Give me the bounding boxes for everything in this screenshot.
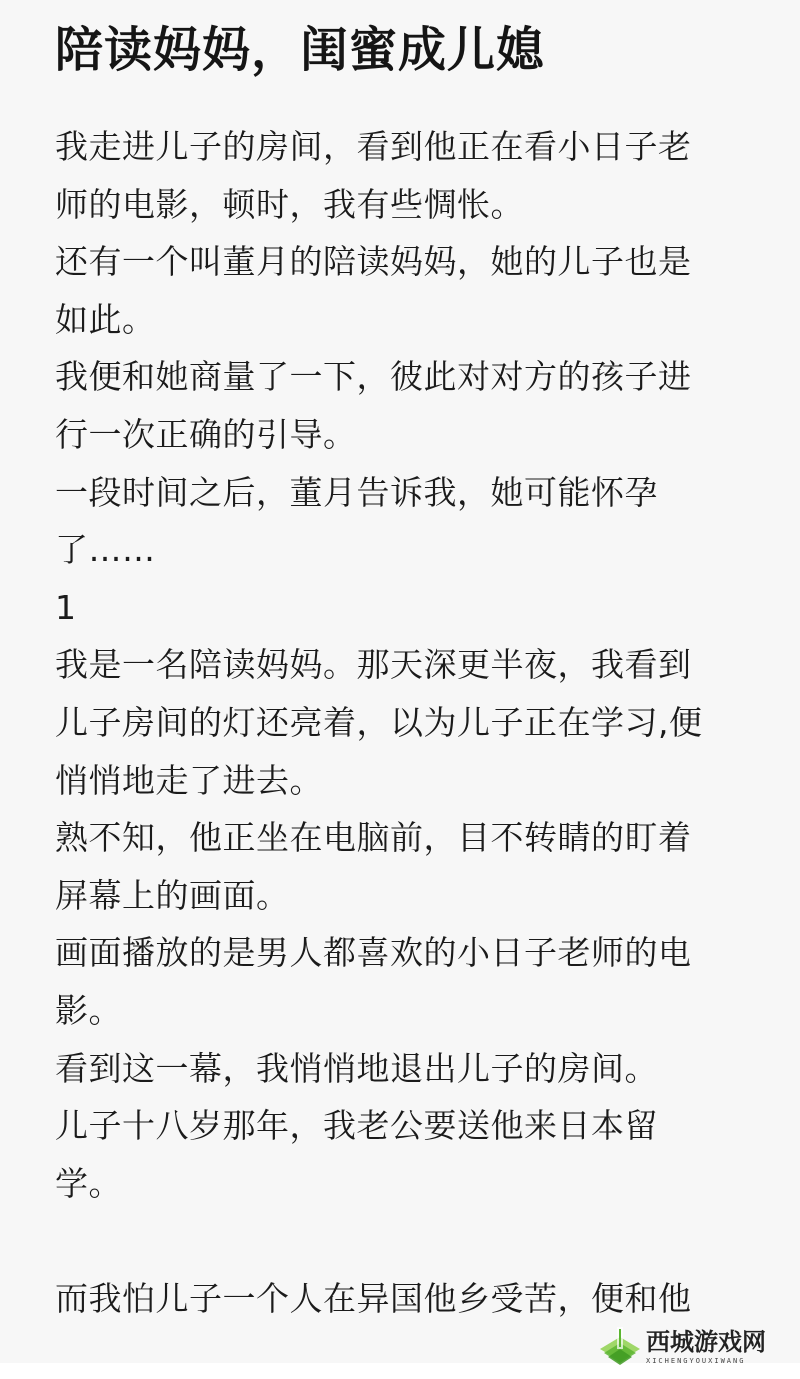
blank-line [55,1212,795,1270]
body-line: 儿子房间的灯还亮着，以为儿子正在学习,便 [55,694,795,752]
body-line: 悄悄地走了进去。 [55,752,795,810]
article-title: 陪读妈妈，闺蜜成儿媳 [55,18,545,82]
body-line: 还有一个叫董月的陪读妈妈，她的儿子也是 [55,233,795,291]
body-line: 一段时间之后，董月告诉我，她可能怀孕 [55,464,795,522]
body-line: 如此。 [55,291,795,349]
body-line: 屏幕上的画面。 [55,867,795,925]
body-line: 我便和她商量了一下，彼此对对方的孩子进 [55,348,795,406]
green-cube-logo-icon [596,1323,644,1371]
body-line: 我走进儿子的房间，看到他正在看小日子老 [55,118,795,176]
body-line: 影。 [55,982,795,1040]
body-line: 熟不知，他正坐在电脑前，目不转睛的盯着 [55,809,795,867]
body-line: 了…… [55,521,795,579]
body-line: 师的电影，顿时，我有些惆怅。 [55,176,795,234]
section-number: 1 [55,579,795,637]
watermark-name-cn: 西城游戏网 [646,1328,766,1356]
watermark-text: 西城游戏网 XICHENGYOUXIWANG [646,1328,766,1366]
body-line: 看到这一幕，我悄悄地退出儿子的房间。 [55,1040,795,1098]
watermark-name-en: XICHENGYOUXIWANG [646,1356,766,1366]
body-line: 学。 [55,1155,795,1213]
body-line: 我是一名陪读妈妈。那天深更半夜，我看到 [55,636,795,694]
body-line: 行一次正确的引导。 [55,406,795,464]
body-line: 画面播放的是男人都喜欢的小日子老师的电 [55,924,795,982]
article-body: 我走进儿子的房间，看到他正在看小日子老 师的电影，顿时，我有些惆怅。 还有一个叫… [55,118,795,1327]
body-line: 儿子十八岁那年，我老公要送他来日本留 [55,1097,795,1155]
watermark: 西城游戏网 XICHENGYOUXIWANG [596,1317,796,1377]
